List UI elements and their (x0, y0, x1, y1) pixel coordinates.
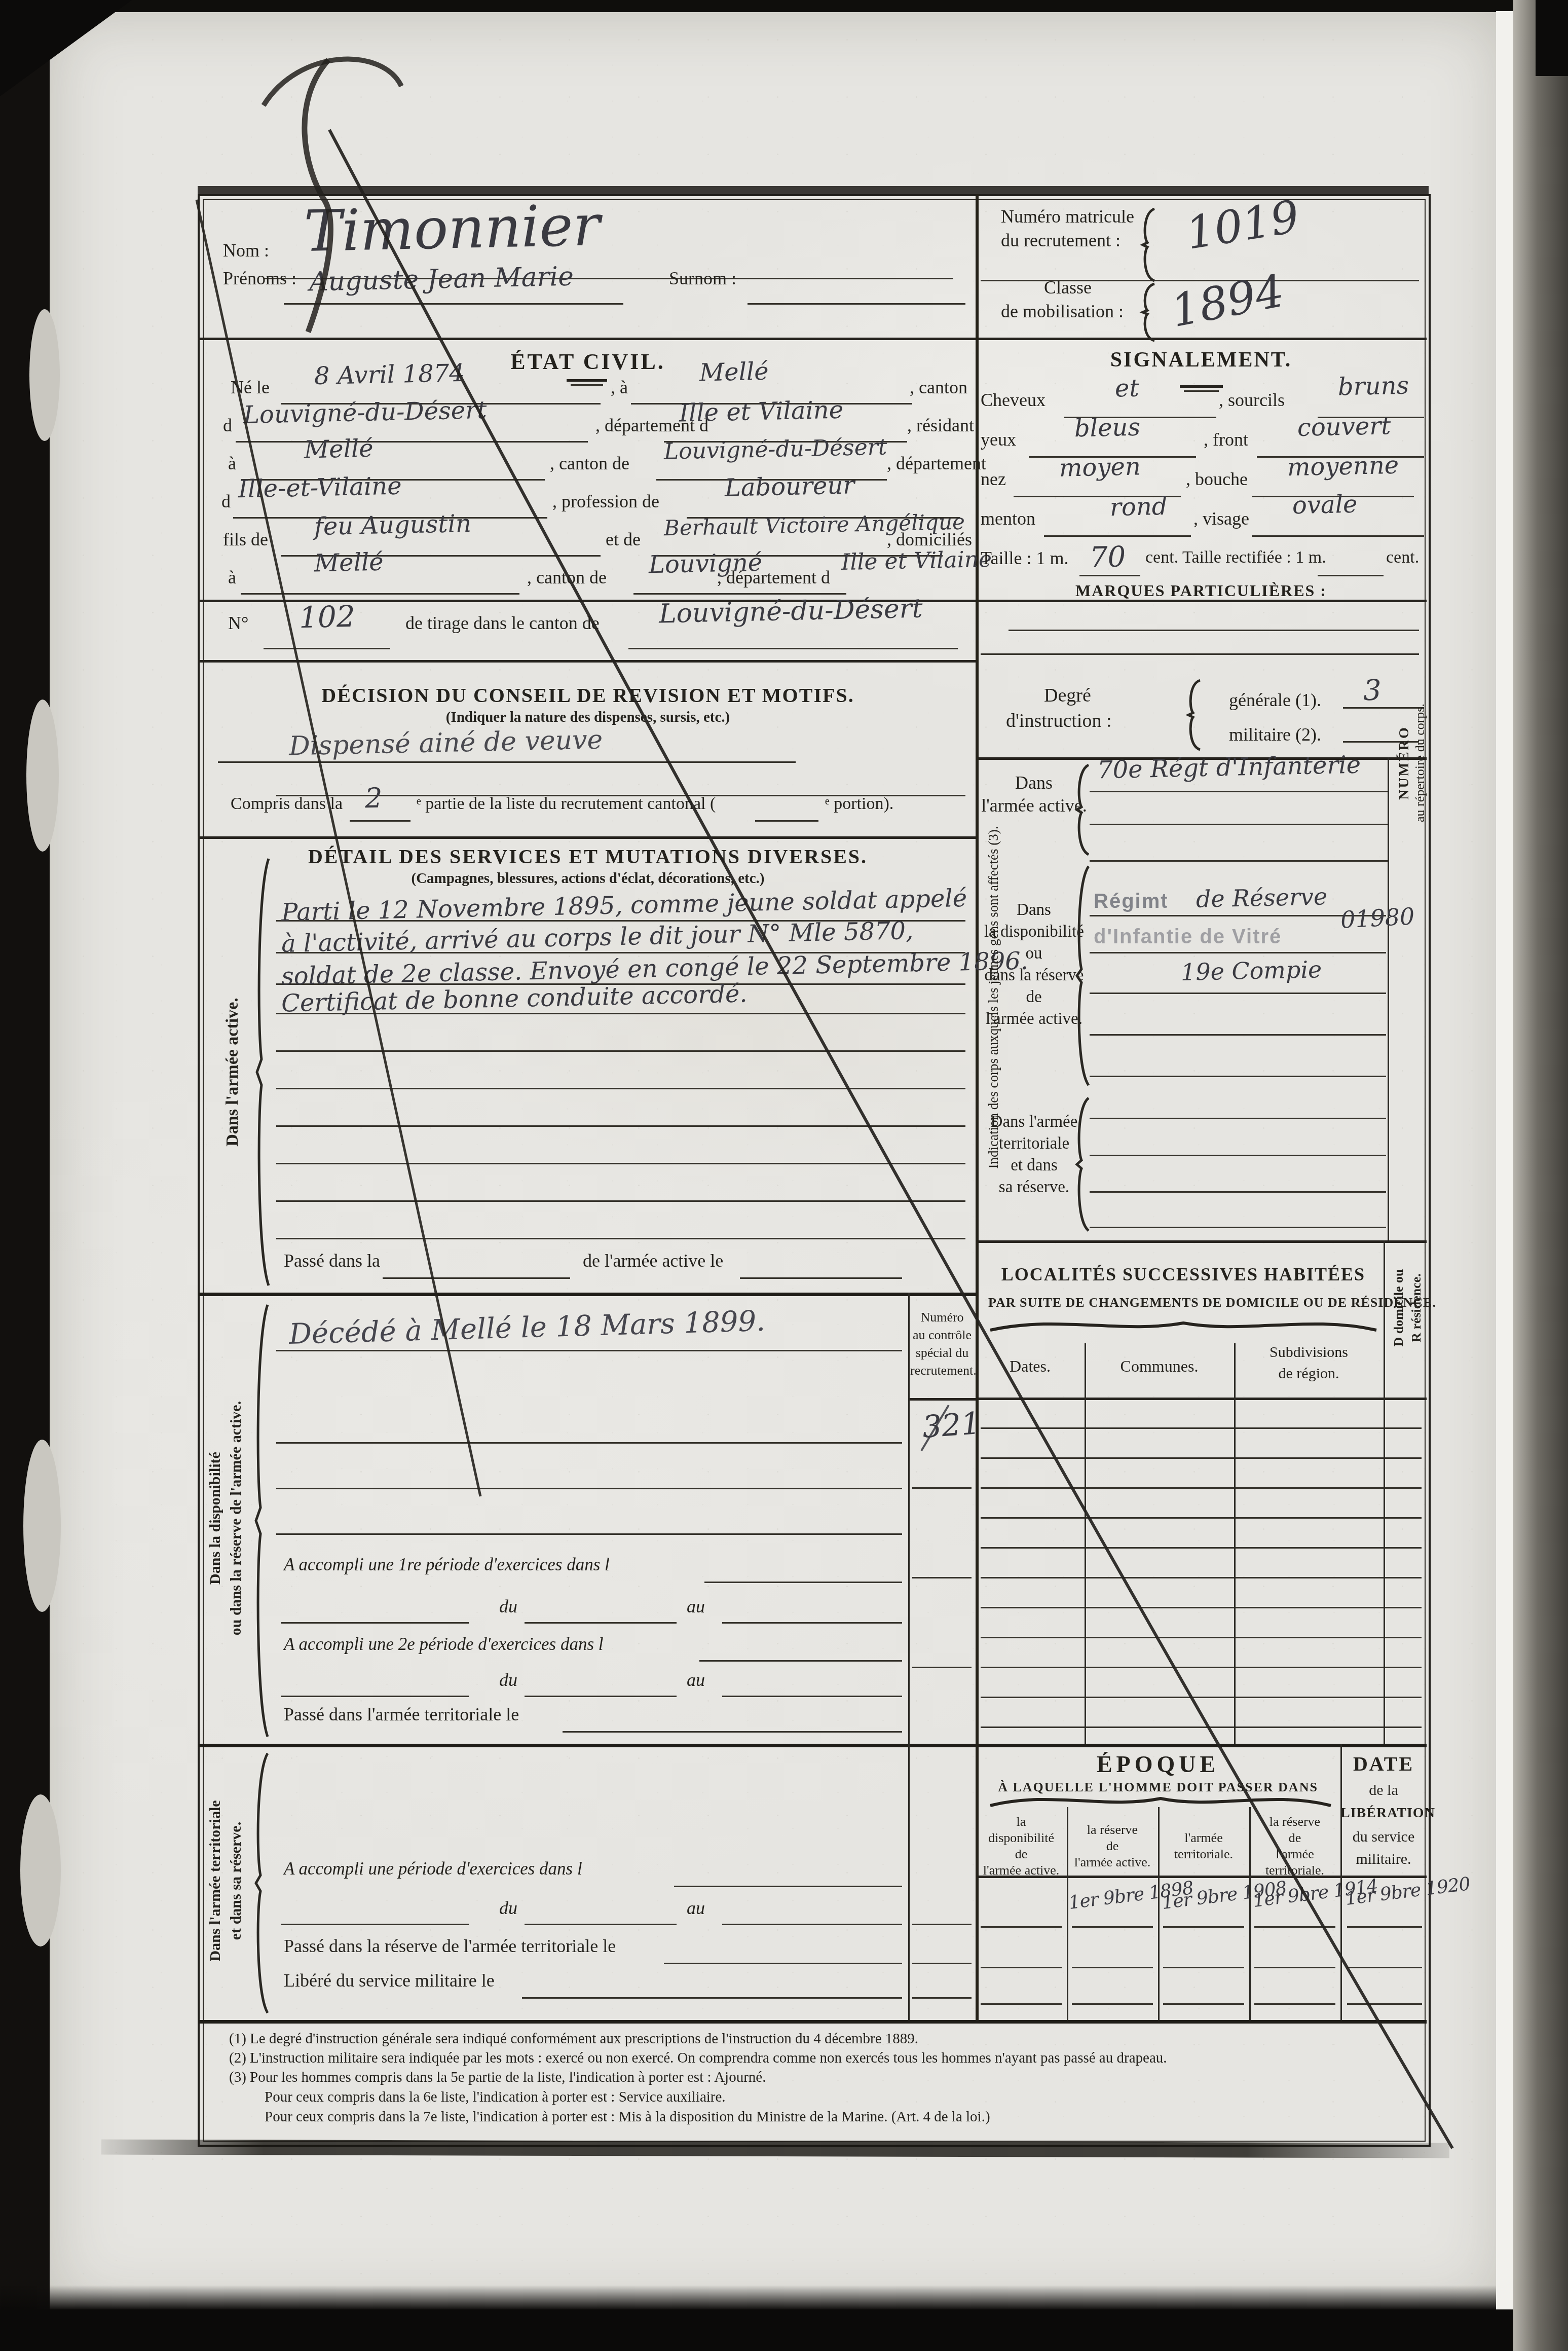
rule (198, 1744, 1427, 1747)
epoque-col1-3: de (976, 1847, 1067, 1861)
rule (276, 1200, 965, 1202)
prenoms-value: Auguste Jean Marie (309, 264, 574, 296)
departement-domicile-value: Ille et Vilaine (841, 548, 992, 574)
side-disponibilite-line-2: ou dans la réserve de l'armée active. (226, 1300, 247, 1736)
front-value: couvert (1297, 414, 1391, 440)
rule (912, 1924, 972, 1925)
dispo-label-4: dans la réserve (972, 967, 1096, 985)
date-liberation-5: militaire. (1340, 1851, 1427, 1867)
rule (981, 1517, 1422, 1519)
pere-value: feu Augustin (314, 511, 472, 539)
passe-armee-active-label-a: Passé dans la (284, 1251, 380, 1271)
fils-de-label: fils de (223, 530, 268, 549)
menton-label: menton (981, 509, 1035, 529)
visage-label: , visage (1193, 509, 1249, 529)
rule (722, 1924, 902, 1925)
canton-residence-value: Louvigné-du-Désert (664, 436, 887, 463)
compagnie-value: 19e Compie (1181, 958, 1322, 984)
rule (198, 836, 976, 839)
numero-repertoire-label-2: au répertoire du corps. (1411, 664, 1429, 862)
rule (525, 1696, 677, 1697)
rule (276, 1125, 965, 1127)
footnote-3: (3) Pour les hommes compris dans la 5e p… (229, 2069, 766, 2086)
compris-value: 2 (364, 785, 382, 813)
stamp-regiment: Régimt (1094, 890, 1169, 913)
signalement-title: SIGNALEMENT. (998, 349, 1404, 372)
dispo-label-5: de (983, 988, 1085, 1007)
localites-col-subdivisions-2: de région. (1234, 1366, 1384, 1382)
degre-label-1: Degré (1044, 685, 1091, 706)
rule (912, 1667, 972, 1668)
rule (981, 1547, 1422, 1549)
taille-rectifiee-label: cent. Taille rectifiée : 1 m. (1145, 548, 1326, 567)
passe-armee-active-label-b: de l'armée active le (583, 1251, 723, 1271)
tirage-canton-label: de tirage dans le canton de (405, 613, 600, 633)
rule (981, 1427, 1422, 1429)
au-label-2: au (687, 1670, 705, 1690)
rule (1090, 1076, 1386, 1077)
side-territoriale-line-1: Dans l'armée territoriale (205, 1750, 226, 2011)
au-label-3: au (687, 1898, 705, 1918)
dispo-label-3: ou (983, 945, 1085, 963)
numero-tirage-label: N° (228, 613, 248, 633)
controle-header-1: Numéro (910, 1310, 974, 1325)
epoque-col2-2: de (1067, 1839, 1158, 1853)
nom-label: Nom : (223, 241, 269, 261)
scan-bottom-edge (0, 2309, 1568, 2351)
detail-title: DÉTAIL DES SERVICES ET MUTATIONS DIVERSE… (258, 846, 917, 867)
stamp-infanterie-vitre: d'Infantie de Vitré (1094, 926, 1282, 948)
rule (912, 1997, 972, 1999)
side-territoriale-label: Dans l'armée territoriale et dans sa rés… (205, 1750, 246, 2011)
rule (198, 2020, 1427, 2024)
rule (276, 1050, 965, 1052)
bouche-value: moyenne (1287, 453, 1399, 480)
ne-le-value: 8 Avril 1874 (314, 361, 465, 388)
rule (276, 1350, 902, 1351)
taille-label: Taille : 1 m. (981, 548, 1068, 568)
repertoire-number-value: 01980 (1340, 904, 1415, 932)
rule (383, 1277, 570, 1279)
rule (1347, 2003, 1422, 2005)
decision-value: Dispensé ainé de veuve (289, 727, 603, 760)
rule (981, 1926, 1062, 1928)
rule (236, 441, 588, 443)
departement-naissance-value: Ille et Vilaine (679, 398, 844, 426)
rule (1254, 1926, 1335, 1928)
rule (1090, 860, 1389, 862)
profession-label: , profession de (552, 492, 659, 511)
title-ornament (1184, 390, 1219, 392)
departement2-label: , département (887, 454, 986, 473)
nez-value: moyen (1059, 454, 1141, 480)
date-liberation-3: LIBÉRATION (1340, 1806, 1427, 1821)
rule (276, 1163, 965, 1164)
controle-value: 321 (921, 1408, 981, 1443)
a-label: , à (611, 378, 628, 397)
numero-tirage-value: 102 (298, 602, 355, 632)
rule (1254, 1967, 1335, 1968)
compris-label-c: ᵉ portion). (825, 795, 893, 814)
du-label-2: du (499, 1670, 517, 1690)
paper-tear (26, 700, 59, 852)
surnom-label: Surnom : (669, 269, 736, 288)
rule (981, 1667, 1422, 1668)
passe-territoriale-label: Passé dans l'armée territoriale le (284, 1705, 519, 1724)
rule (198, 660, 976, 663)
rule (912, 1487, 972, 1489)
rule (981, 1487, 1422, 1489)
du-label-3: du (499, 1898, 517, 1918)
scan-bottom-fade (0, 2285, 1568, 2310)
rule (1090, 1155, 1386, 1156)
paper-tear (23, 1440, 61, 1612)
rule (276, 1442, 902, 1444)
rule (284, 303, 623, 305)
rule (755, 820, 818, 822)
rule (281, 1622, 469, 1624)
rule (522, 1997, 902, 1999)
rule (628, 648, 958, 649)
epoque-title: ÉPOQUE (986, 1752, 1330, 1777)
rule (699, 1660, 902, 1662)
dr-line-1: D domicile ou (1390, 1244, 1407, 1371)
visage-value: ovale (1292, 492, 1358, 518)
rule (981, 1607, 1422, 1608)
localites-subtitle: PAR SUITE DE CHANGEMENTS DE DOMICILE OU … (988, 1296, 1378, 1310)
rule (1163, 2003, 1244, 2005)
footnote-1: (1) Le degré d'instruction générale sera… (229, 2031, 918, 2047)
domicilies-label: , domiciliés (887, 530, 972, 549)
ne-le-label: Né le (231, 378, 270, 397)
rule (525, 1924, 677, 1925)
epoque-col3-2: territoriale. (1158, 1847, 1249, 1861)
scan-corner-nick (1536, 0, 1568, 76)
date-liberation-2: de la (1340, 1782, 1427, 1798)
scan-top-edge (0, 0, 1568, 12)
decision-subtitle: (Indiquer la nature des dispenses, sursi… (284, 710, 892, 725)
rule (981, 1457, 1422, 1459)
rule (281, 1924, 469, 1925)
rule (1072, 1967, 1153, 1968)
terr-label-2: territoriale (972, 1135, 1096, 1153)
page-edge-highlight (1496, 11, 1513, 2309)
footnote-2: (2) L'instruction militaire sera indiqué… (229, 2050, 1167, 2067)
rule (1090, 1191, 1386, 1193)
vertical-rule (1085, 1343, 1086, 1744)
side-territoriale-line-2: et dans sa réserve. (226, 1750, 247, 2011)
a3-label: à (228, 568, 236, 587)
epoque-subtitle: À LAQUELLE L'HOMME DOIT PASSER DANS (986, 1780, 1330, 1794)
cheveux-label: Cheveux (981, 390, 1046, 410)
rule (981, 1697, 1422, 1698)
d2-label: d (221, 492, 231, 511)
rule (281, 1696, 469, 1697)
rule (276, 1533, 902, 1535)
commune-naissance-value: Mellé (699, 359, 769, 385)
controle-header-3: spécial du (910, 1346, 974, 1360)
periode-1-label: A accompli une 1re période d'exercices d… (284, 1555, 610, 1574)
residant-label: , résidant (907, 416, 974, 435)
rule (722, 1696, 902, 1697)
rule (525, 1622, 677, 1624)
controle-header-2: au contrôle (910, 1328, 974, 1342)
epoque-col2-1: la réserve (1067, 1823, 1158, 1837)
rule (1318, 575, 1384, 576)
rule (912, 1577, 972, 1578)
yeux-label: yeux (981, 430, 1016, 450)
bouche-label: , bouche (1186, 469, 1248, 489)
epoque-col4-3: l'armée (1249, 1847, 1340, 1861)
rule (1347, 1967, 1422, 1968)
departement3-label: , département d (717, 568, 830, 587)
a2-label: à (228, 454, 236, 473)
rule (722, 1622, 902, 1624)
nez-label: nez (981, 469, 1006, 489)
rule (674, 1886, 902, 1887)
periode-2-label: A accompli une 2e période d'exercices da… (284, 1635, 603, 1654)
tirage-canton-value: Louvigné-du-Désert (659, 596, 923, 628)
classe-label-2: de mobilisation : (1001, 302, 1124, 321)
rule (981, 2003, 1062, 2005)
corps-active-label-1: Dans (983, 773, 1085, 793)
rule (981, 653, 1419, 655)
prenoms-label: Prénoms : (223, 269, 296, 288)
epoque-col1-2: disponibilité (976, 1831, 1067, 1845)
rule (264, 648, 390, 649)
cheveux-value: et (1115, 376, 1140, 401)
localites-col-subdivisions-1: Subdivisions (1234, 1344, 1384, 1361)
paper-tear (29, 309, 60, 441)
classe-label-1: Classe (1044, 278, 1092, 298)
scan-right-edge (1513, 0, 1568, 2351)
localites-col-dates: Dates. (976, 1357, 1085, 1375)
footnote-5: Pour ceux compris dans la 7e liste, l'in… (265, 2109, 990, 2125)
rule (198, 338, 1427, 340)
et-de-label: et de (606, 530, 641, 549)
numero-matricule-label-2: du recrutement : (1001, 231, 1121, 250)
rule (740, 1277, 902, 1279)
epoque-col4-4: territoriale. (1249, 1863, 1340, 1878)
epoque-col4-2: de (1249, 1831, 1340, 1845)
rule (218, 761, 796, 763)
rule (1252, 535, 1424, 537)
vertical-rule (1234, 1343, 1236, 1744)
rule (976, 1398, 1427, 1400)
date-liberation-1: DATE (1340, 1753, 1427, 1775)
rule (1163, 1967, 1244, 1968)
paper-tear (20, 1794, 61, 1946)
compris-label-a: Compris dans la (231, 795, 343, 814)
dispo-label-1: Dans (983, 901, 1085, 920)
epoque-col1-1: la (976, 1815, 1067, 1829)
canton-label: , canton (910, 378, 967, 397)
title-ornament (571, 384, 603, 386)
du-label-1: du (499, 1597, 517, 1617)
terr-label-4: sa réserve. (972, 1179, 1096, 1197)
departement-residence-value: Ille-et-Vilaine (238, 474, 402, 502)
rule (1090, 1227, 1386, 1228)
detail-subtitle: (Campagnes, blessures, actions d'éclat, … (258, 871, 917, 887)
rule (976, 1240, 1427, 1243)
title-ornament (1180, 385, 1223, 388)
canton-de-label: , canton de (550, 454, 629, 473)
rule (1079, 575, 1140, 576)
vertical-rule (1384, 1240, 1385, 1744)
dispo-label-6: l'armée active. (972, 1010, 1096, 1028)
side-disponibilite-label: Dans la disponibilité ou dans la réserve… (205, 1300, 246, 1736)
rule (1090, 1034, 1386, 1036)
menton-value: rond (1110, 494, 1168, 520)
vertical-rule (1388, 757, 1389, 1240)
rule (276, 1238, 965, 1239)
dr-line-2: R résidence. (1407, 1244, 1425, 1371)
canton-naissance-value: Louvigné-du-Désert (243, 398, 487, 427)
localites-col-dr: D domicile ou R résidence. (1390, 1244, 1425, 1371)
rule (748, 303, 965, 305)
reserve-value: de Réserve (1196, 885, 1328, 910)
rule (1254, 2003, 1335, 2005)
corps-active-value: 70e Régt d'Infanterie (1097, 753, 1361, 783)
rule (1347, 1926, 1422, 1928)
rule (1072, 2003, 1153, 2005)
epoque-col4-1: la réserve (1249, 1815, 1340, 1829)
epoque-col3-1: l'armée (1158, 1831, 1249, 1845)
rule (981, 1637, 1422, 1638)
terr-label-1: Dans l'armée (972, 1113, 1096, 1131)
d-label: d (223, 416, 232, 435)
title-ornament (567, 379, 607, 382)
rule (1090, 952, 1386, 953)
degre-militaire-label: militaire (2). (1229, 725, 1321, 745)
degre-generale-label: générale (1). (1229, 690, 1321, 710)
localites-col-communes: Communes. (1085, 1357, 1234, 1375)
side-disponibilite-line-1: Dans la disponibilité (205, 1300, 226, 1736)
rule (981, 1577, 1422, 1578)
rule (276, 1488, 902, 1489)
register-sheet-scan: Nom : Timonnier Prénoms : Auguste Jean M… (0, 0, 1568, 2351)
front-label: , front (1204, 430, 1248, 450)
rule (908, 1398, 976, 1401)
taille-value: 70 (1089, 543, 1126, 572)
rule (276, 1088, 965, 1089)
taille-cent-label: cent. (1386, 548, 1419, 567)
compris-label-b: ᵉ partie de la liste du recrutement cant… (417, 795, 716, 814)
side-armee-active-label: Dans l'armée active. (221, 857, 244, 1288)
rule (633, 593, 846, 595)
nom-value: Timonnier (304, 197, 601, 260)
frame-top-band (198, 186, 1429, 194)
rule (241, 593, 519, 595)
yeux-value: bleus (1074, 415, 1141, 441)
decision-title: DÉCISION DU CONSEIL DE REVISION ET MOTIF… (284, 684, 892, 706)
rule (664, 1963, 902, 1964)
rule (981, 1967, 1062, 1968)
rule (1044, 535, 1191, 537)
localites-title: LOCALITÉS SUCCESSIVES HABITÉES (988, 1265, 1378, 1284)
periode-3-label: A accompli une période d'exercices dans … (284, 1859, 582, 1879)
controle-header-4: recrutement. (910, 1364, 974, 1378)
canton3-label: , canton de (527, 568, 607, 587)
corps-active-label-2: l'armée active. (972, 796, 1096, 816)
date-liberation-4: du service (1340, 1829, 1427, 1845)
epoque-col1-4: l'armée active. (976, 1863, 1067, 1878)
rule (912, 1963, 972, 1964)
rule (1163, 1926, 1244, 1928)
commune-residence-value: Mellé (304, 436, 374, 462)
vertical-rule (908, 1293, 910, 2020)
numero-matricule-label-1: Numéro matricule (1001, 207, 1134, 227)
rule (1090, 824, 1389, 825)
rule (704, 1582, 902, 1583)
sourcils-label: , sourcils (1219, 390, 1285, 410)
dispo-label-2: la disponibilité (972, 923, 1096, 941)
degre-generale-value: 3 (1363, 677, 1382, 706)
commune-domicile-value: Mellé (314, 550, 384, 576)
passe-reserve-territoriale-label: Passé dans la réserve de l'armée territo… (284, 1936, 616, 1956)
rule (1090, 791, 1389, 792)
rule (563, 1731, 902, 1733)
au-label-1: au (687, 1597, 705, 1617)
degre-label-2: d'instruction : (1006, 711, 1111, 731)
terr-label-3: et dans (972, 1157, 1096, 1175)
rule (1009, 630, 1419, 631)
marques-title: MARQUES PARTICULIÈRES : (1024, 582, 1378, 600)
epoque-col2-3: l'armée active. (1067, 1855, 1158, 1869)
libere-label: Libéré du service militaire le (284, 1971, 495, 1991)
rule (1072, 1926, 1153, 1928)
rule (981, 1726, 1422, 1728)
rule (350, 820, 410, 822)
sourcils-value: bruns (1338, 374, 1409, 399)
rule (1090, 1118, 1386, 1119)
profession-value: Laboureur (725, 473, 855, 500)
footnote-4: Pour ceux compris dans la 6e liste, l'in… (265, 2089, 726, 2106)
rule (1090, 993, 1386, 994)
rule (198, 1293, 976, 1296)
